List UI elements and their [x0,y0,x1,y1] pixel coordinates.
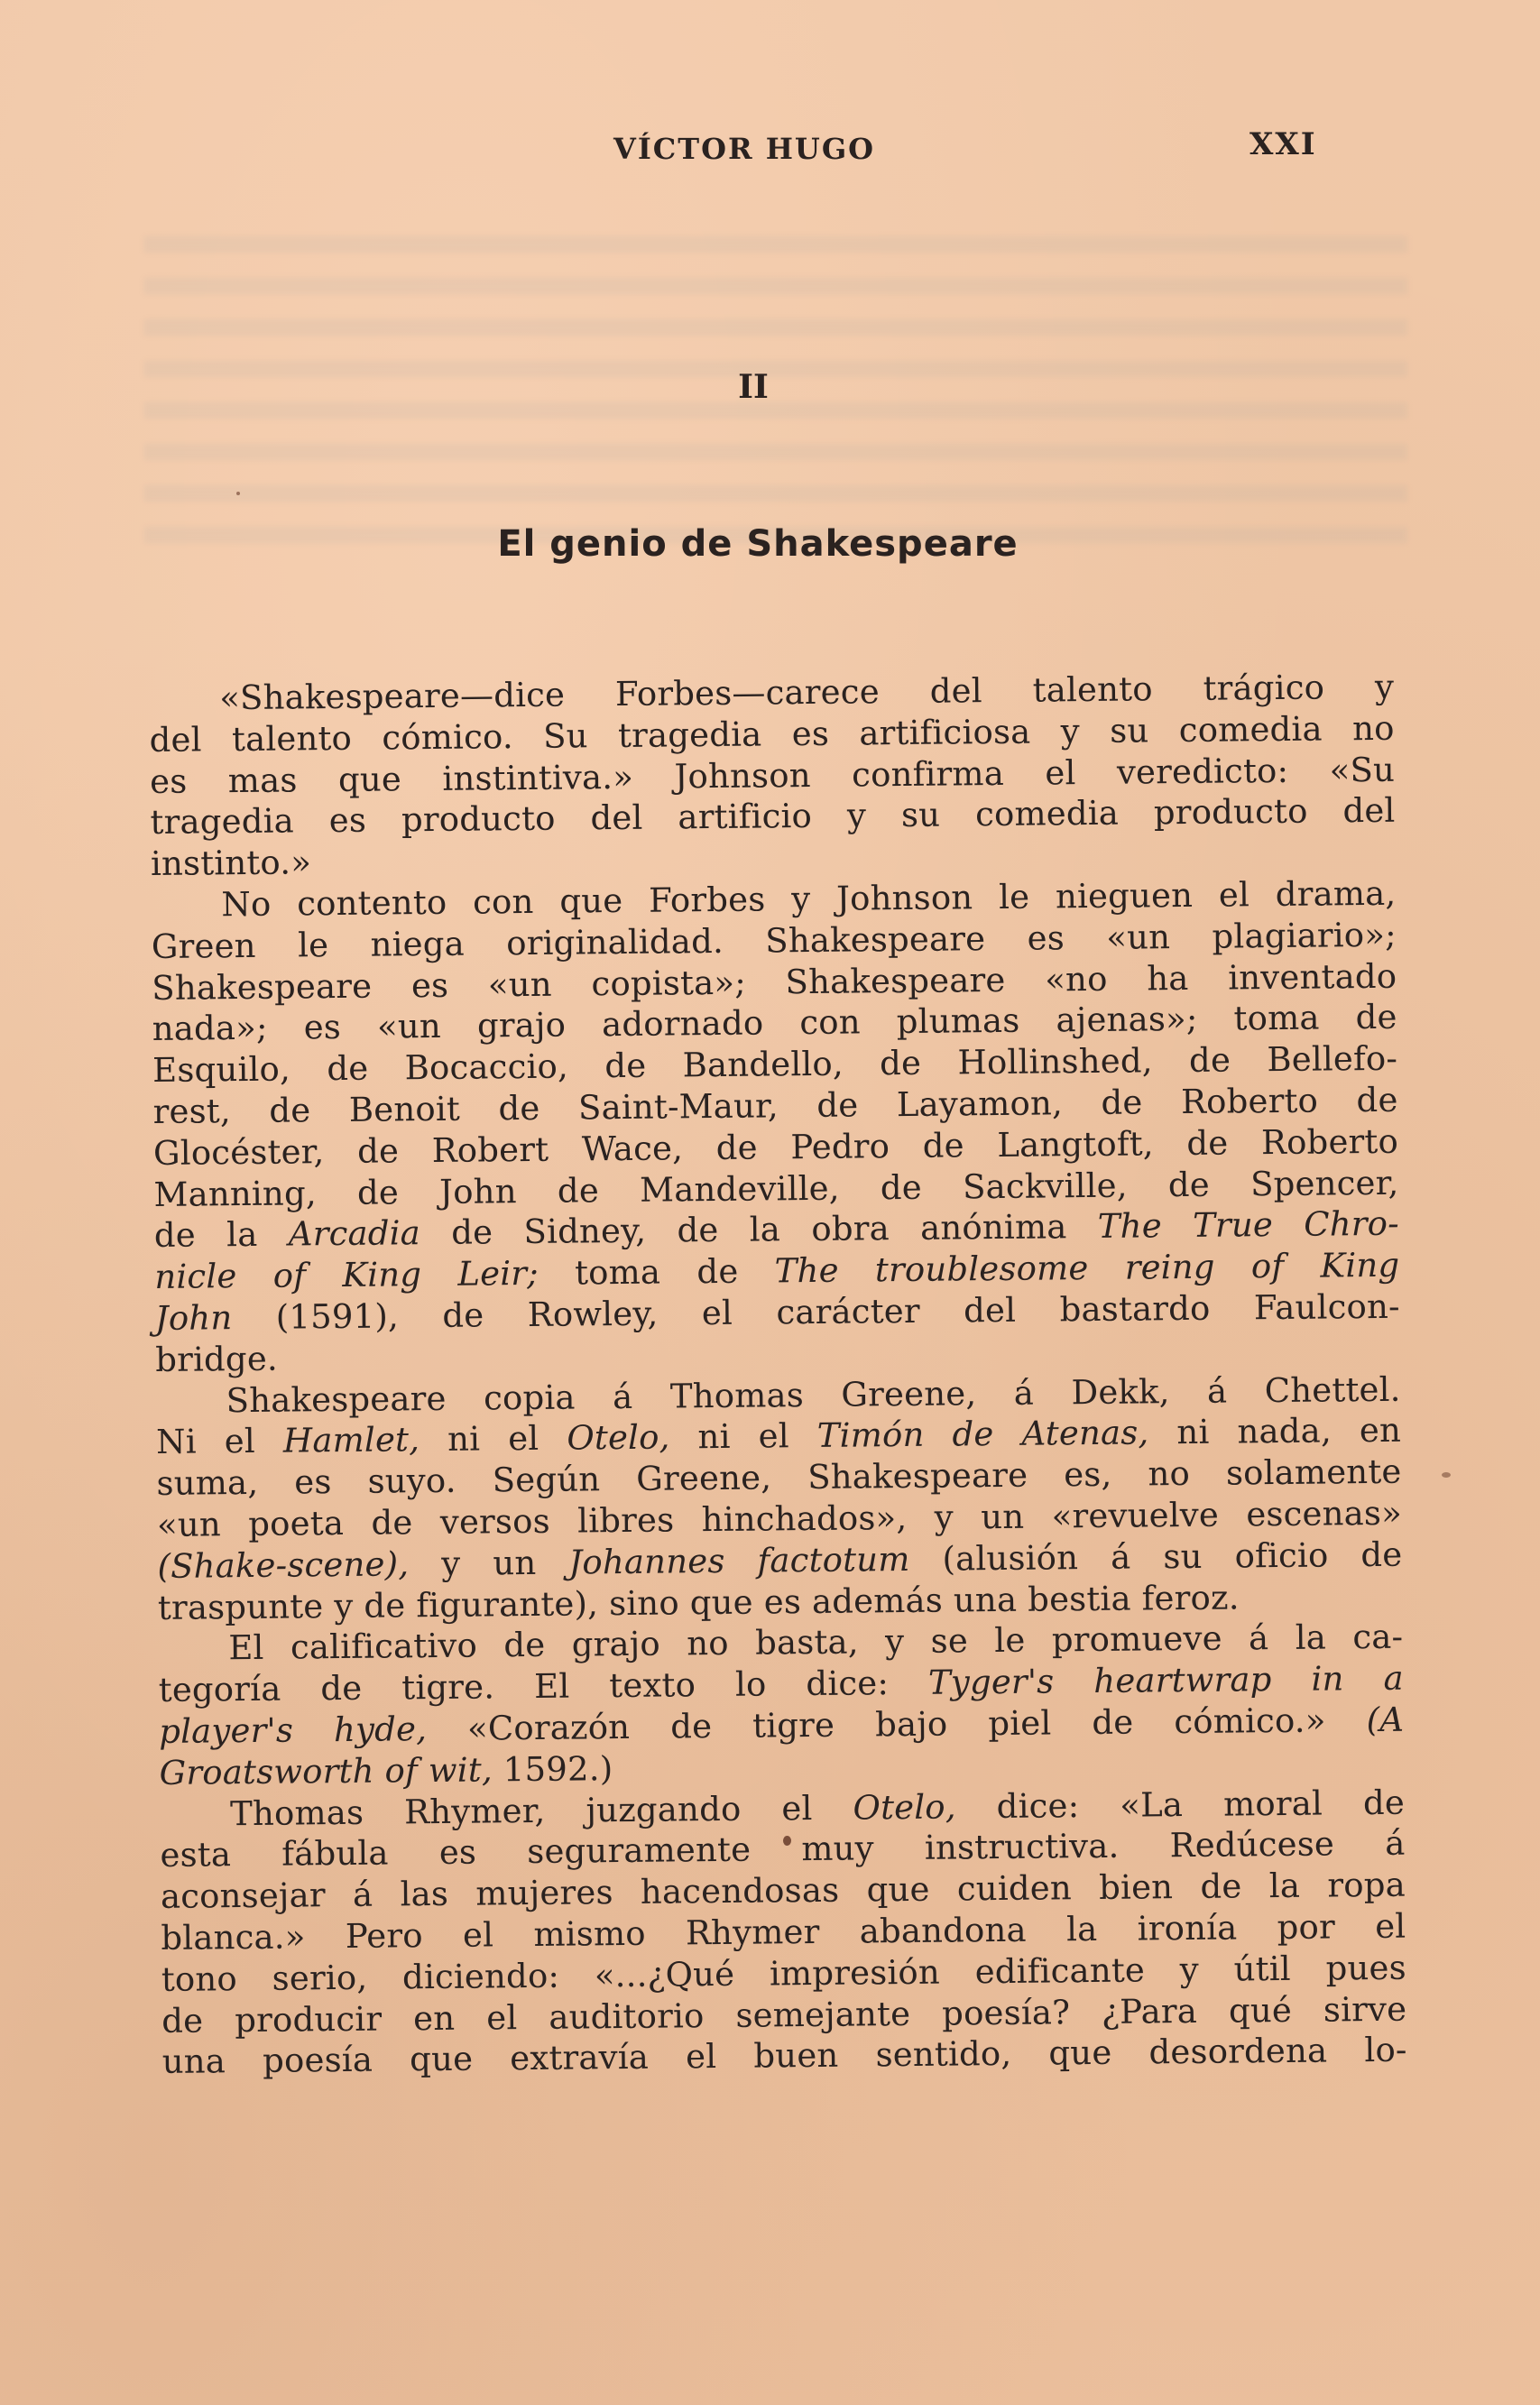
italic-term: Johannes factotum [568,1540,910,1582]
paper-speck [1442,1472,1451,1478]
body-text: «Shakespeare—dice Forbes—carece del tale… [149,667,1407,2083]
italic-quote: Tyger's heartwrap in a [928,1659,1404,1702]
italic-title: Timón de Atenas, [817,1414,1149,1456]
italic-title: nicle of King Leir; [154,1254,539,1296]
running-head: VÍCTOR HUGO XXI [0,126,1540,171]
page-number: XXI [1250,126,1317,162]
italic-title: Arcadia [289,1213,421,1253]
italic-title: Groatsworth of wit, [159,1750,493,1792]
italic-term: (Shake-scene), [157,1544,409,1586]
italic-quote: player's hyde, [159,1709,427,1751]
book-page: VÍCTOR HUGO XXI II El genio de Shakespea… [0,0,1540,2405]
italic-title: The troublesome reing of King [774,1246,1399,1291]
running-head-author: VÍCTOR HUGO [613,132,875,166]
chapter-title: El genio de Shakespeare [0,523,1516,565]
chapter-number: II [0,368,1507,406]
italic-title: John [155,1298,233,1338]
italic-title: The True Chro- [1098,1204,1399,1246]
italic-title: Otelo, [853,1787,956,1827]
paper-speck [236,492,240,495]
italic-title: Otelo, [567,1418,670,1458]
italic-title: Hamlet, [283,1421,420,1461]
italic-title: (A [1366,1700,1404,1739]
